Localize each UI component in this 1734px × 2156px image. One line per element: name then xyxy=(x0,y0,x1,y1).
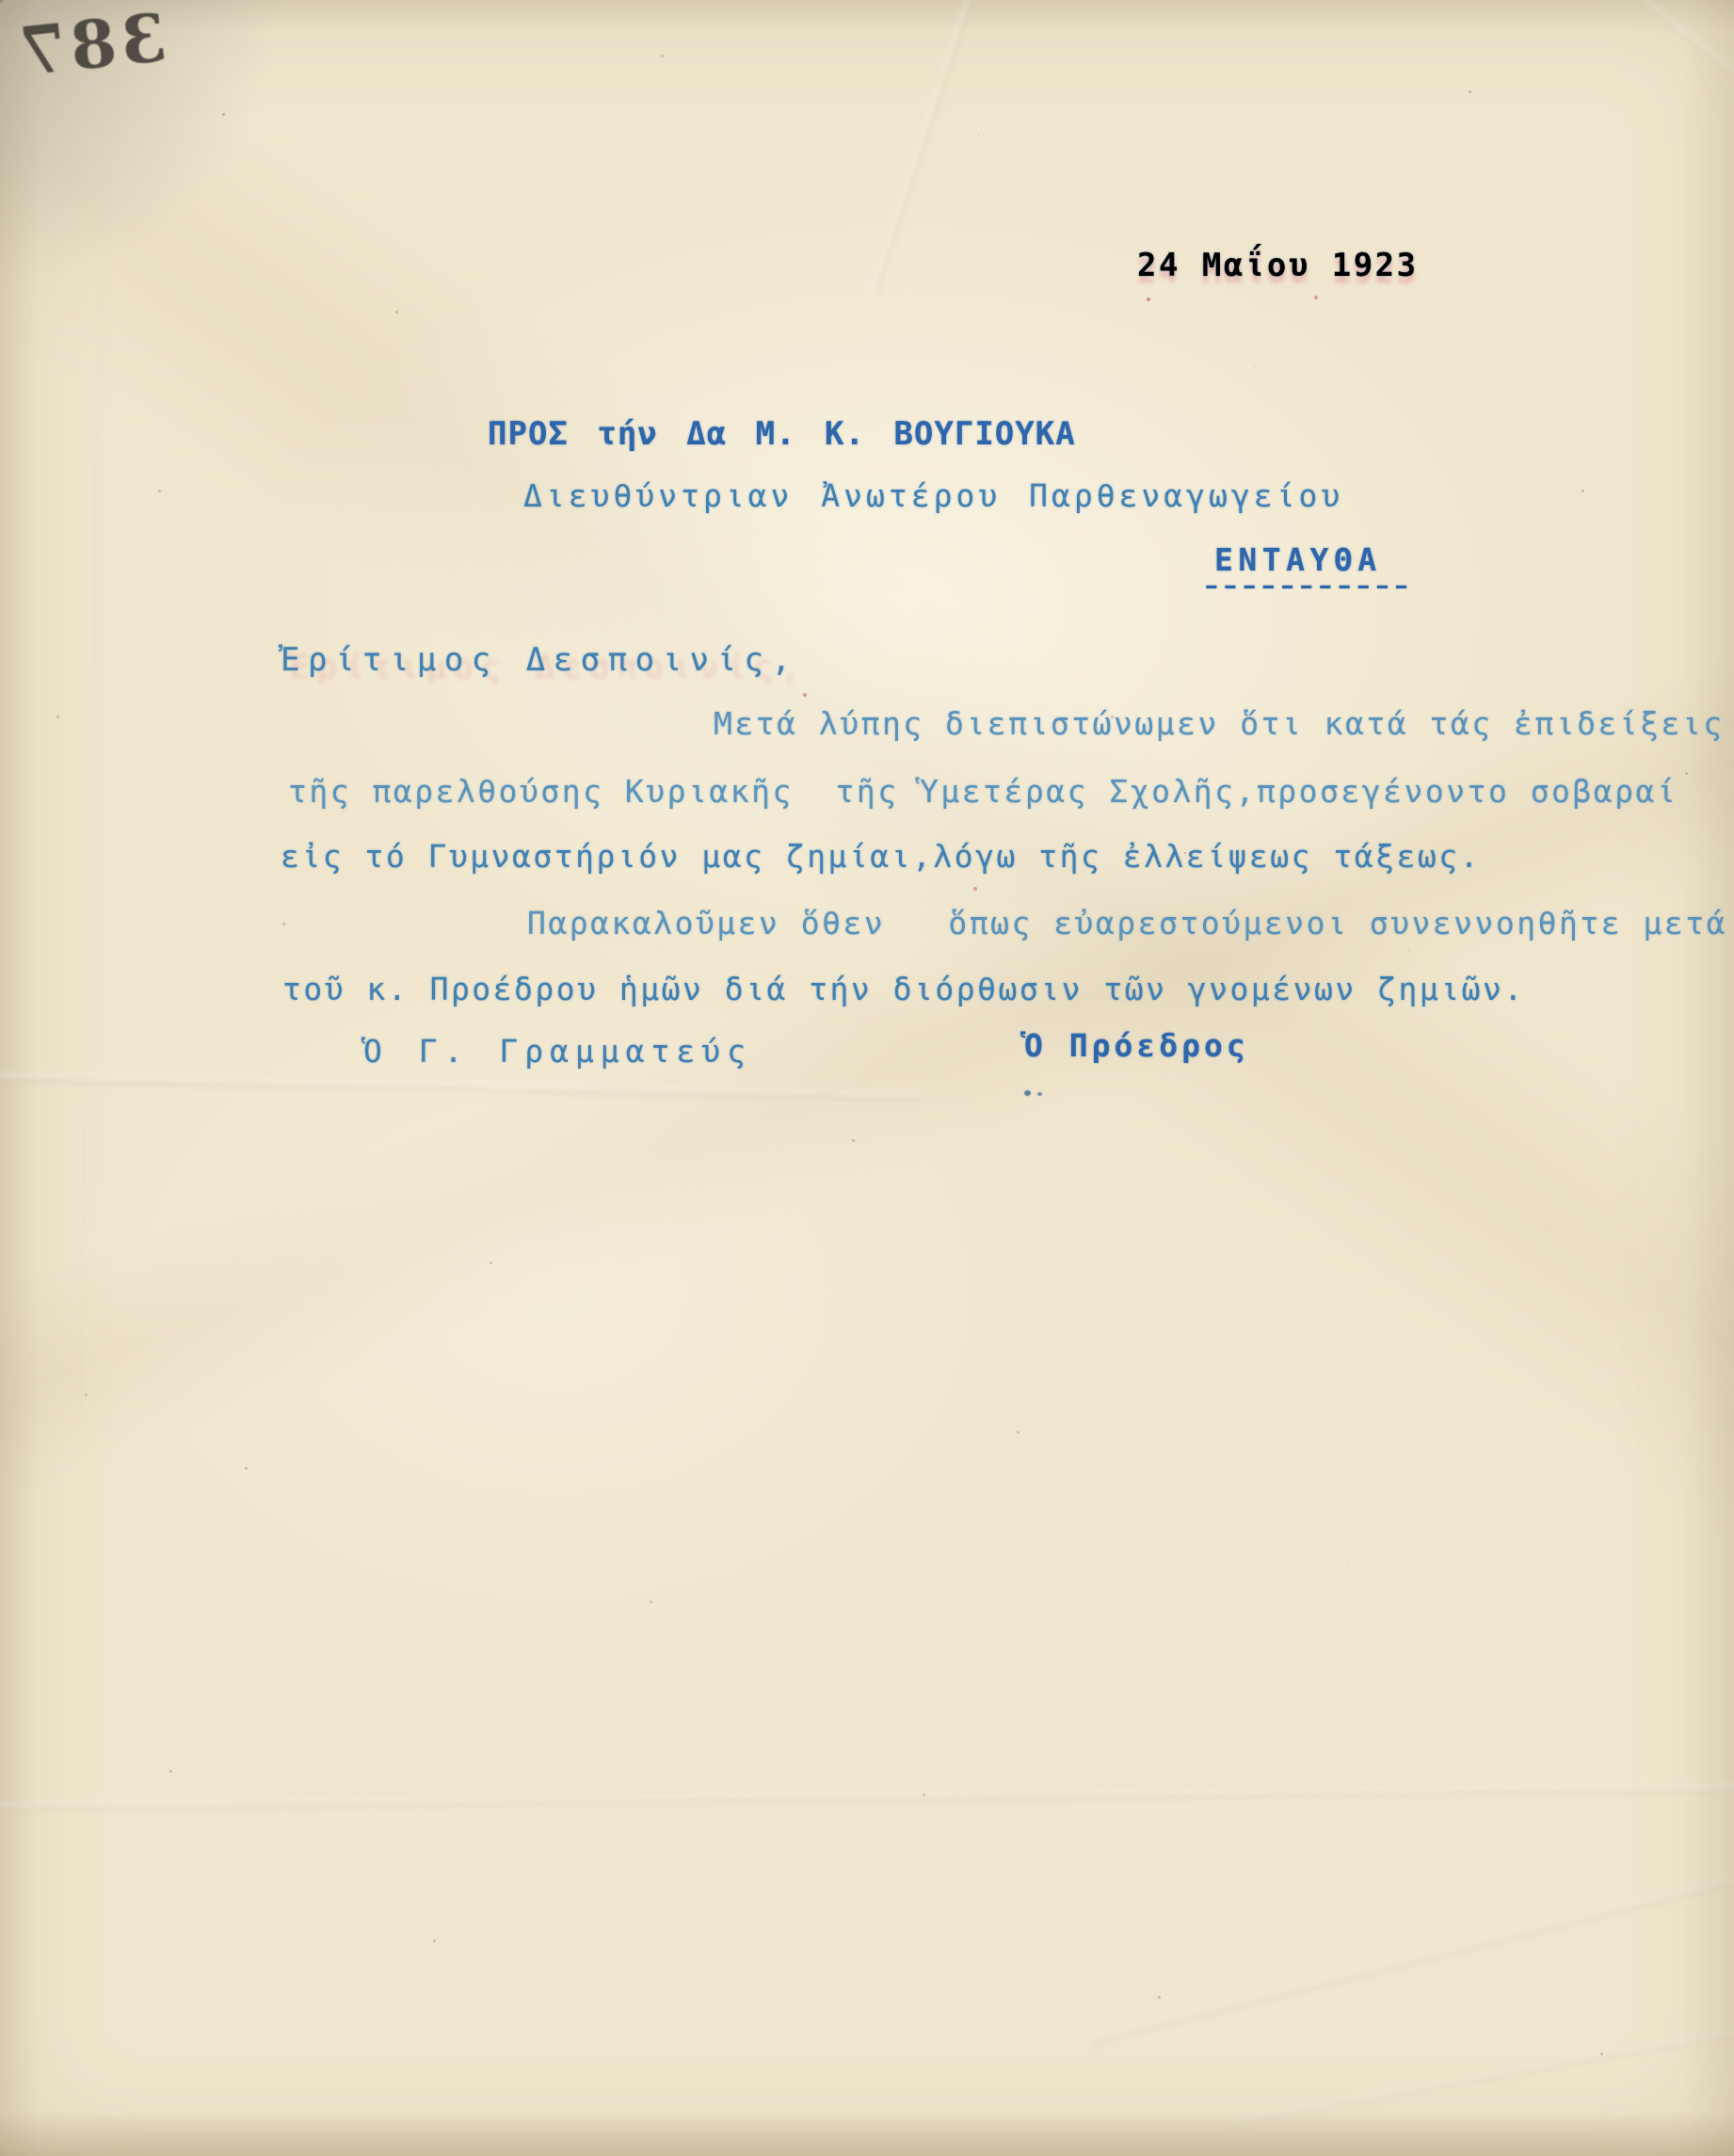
paper-crease xyxy=(871,0,984,295)
scanned-letter-page: 387 24 Μαΐου 1923 ΠΡΟΣ τήν Δα Μ. Κ. ΒΟΥΓ… xyxy=(0,0,1734,2156)
body-line-3: εἰς τό Γυμναστήριόν μας ζημίαι,λόγω τῆς … xyxy=(281,839,1481,875)
paper-crease xyxy=(0,1073,923,1102)
recipient-line-3-entautha: ΕΝΤΑΥΘΑ xyxy=(1214,542,1382,578)
body-line-5: τοῦ κ. Προέδρου ἡμῶν διά τήν διόρθωσιν τ… xyxy=(282,972,1525,1007)
paper-crease xyxy=(1091,1878,1732,2045)
signature-president: Ὁ Πρόεδρος xyxy=(1024,1028,1249,1064)
date-line: 24 Μαΐου 1923 xyxy=(1137,248,1419,284)
salutation: Ἐρίτιμος Δεσποινίς, xyxy=(281,642,798,679)
body-line-4: Παρακαλοῦμεν ὅθεν ὅπως εὐαρεστούμενοι συ… xyxy=(527,906,1727,941)
body-line-1: Μετά λύπης διεπιστώνωμεν ὅτι κατά τάς ἐπ… xyxy=(714,706,1725,742)
paper-crease xyxy=(0,1784,1734,1811)
paper-crease xyxy=(1228,2022,1734,2127)
body-line-2: τῆς παρελθούσης Κυριακῆς τῆς Ὑμετέρας Σχ… xyxy=(288,774,1678,810)
paper-crease xyxy=(75,282,101,1412)
red-ribbon-traces xyxy=(1147,298,1150,301)
recipient-dashed-underline: ----------- xyxy=(1201,574,1410,599)
recipient-line-2: Διευθύντριαν Ἀνωτέρου Παρθεναγωγείου xyxy=(523,478,1343,514)
archival-number-mirrored: 387 xyxy=(11,0,170,91)
signature-secretary: Ὁ Γ. Γραμματεύς xyxy=(363,1034,752,1070)
paper-crease xyxy=(1400,0,1734,141)
recipient-line-1: ΠΡΟΣ τήν Δα Μ. Κ. ΒΟΥΓΙΟΥΚΑ xyxy=(488,416,1076,453)
ink-smudge-dots xyxy=(1024,1090,1031,1096)
paper-specks xyxy=(0,0,3,3)
